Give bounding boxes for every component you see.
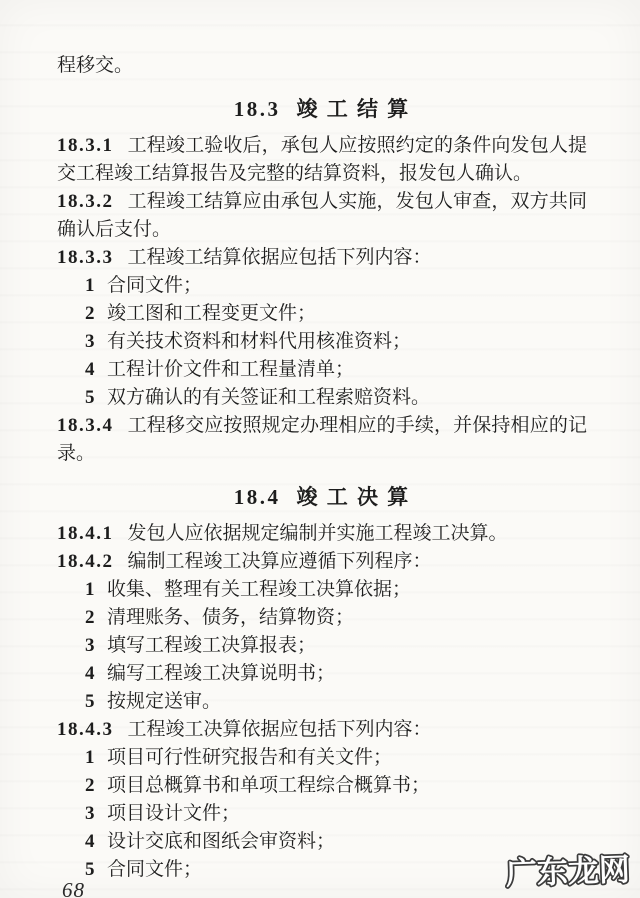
item-text: 设计交底和图纸会审资料； (107, 831, 335, 852)
item-number: 2 (85, 772, 107, 800)
clause-text: 工程竣工结算依据应包括下列内容： (128, 247, 432, 268)
section-number: 18.4 (234, 485, 281, 509)
section-heading-18-3: 18.3竣 工 结 算 (57, 94, 587, 124)
document-page: 程移交。 18.3竣 工 结 算 18.3.1工程竣工验收后，承包人应按照约定的… (0, 0, 640, 898)
item-number: 4 (85, 828, 107, 856)
page-content: 程移交。 18.3竣 工 结 算 18.3.1工程竣工验收后，承包人应按照约定的… (57, 52, 587, 884)
clause-18-3-3: 18.3.3工程竣工结算依据应包括下列内容： (57, 244, 587, 272)
item-number: 1 (85, 744, 107, 772)
continuation-line: 程移交。 (57, 52, 587, 80)
item-number: 1 (85, 272, 107, 300)
clause-text: 编制工程竣工决算应遵循下列程序： (128, 551, 432, 572)
section-title: 竣 工 结 算 (297, 97, 411, 121)
item-text: 项目设计文件； (107, 803, 240, 824)
clause-number: 18.4.3 (57, 719, 114, 740)
list-item: 1收集、整理有关工程竣工决算依据； (57, 576, 587, 604)
item-number: 4 (85, 660, 107, 688)
list-item: 3项目设计文件； (57, 800, 587, 828)
item-text: 合同文件； (107, 275, 202, 296)
watermark-text: 广东龙网 (505, 852, 630, 891)
list-item: 3填写工程竣工决算报表； (57, 632, 587, 660)
item-text: 项目可行性研究报告和有关文件； (107, 747, 392, 768)
item-text: 竣工图和工程变更文件； (107, 303, 316, 324)
list-item: 2竣工图和工程变更文件； (57, 300, 587, 328)
item-text: 清理账务、债务，结算物资； (107, 607, 354, 628)
item-number: 4 (85, 356, 107, 384)
watermark-graphic: 广东龙网 (497, 844, 639, 898)
clause-number: 18.4.1 (57, 523, 114, 544)
page-number: 68 (62, 878, 85, 898)
watermark: 广东龙网 (497, 844, 639, 898)
item-number: 5 (85, 384, 107, 412)
clause-text: 发包人应依据规定编制并实施工程竣工决算。 (128, 523, 508, 544)
list-item: 1合同文件； (57, 272, 587, 300)
item-number: 5 (85, 688, 107, 716)
item-number: 3 (85, 632, 107, 660)
list-item: 4编写工程竣工决算说明书； (57, 660, 587, 688)
section-title: 竣 工 决 算 (297, 485, 411, 509)
list-item: 5按规定送审。 (57, 688, 587, 716)
clause-18-4-3: 18.4.3工程竣工决算依据应包括下列内容： (57, 716, 587, 744)
clause-18-3-1: 18.3.1工程竣工验收后，承包人应按照约定的条件向发包人提交工程竣工结算报告及… (57, 132, 587, 188)
list-item: 4工程计价文件和工程量清单； (57, 356, 587, 384)
item-number: 2 (85, 604, 107, 632)
clause-number: 18.3.4 (57, 415, 114, 436)
list-item: 2清理账务、债务，结算物资； (57, 604, 587, 632)
clause-text: 工程移交应按照规定办理相应的手续，并保持相应的记录。 (57, 415, 587, 464)
list-item: 1项目可行性研究报告和有关文件； (57, 744, 587, 772)
list-item: 3有关技术资料和材料代用核准资料； (57, 328, 587, 356)
item-number: 3 (85, 800, 107, 828)
clause-text: 工程竣工验收后，承包人应按照约定的条件向发包人提交工程竣工结算报告及完整的结算资… (57, 135, 587, 184)
clause-18-4-2: 18.4.2编制工程竣工决算应遵循下列程序： (57, 548, 587, 576)
list-item: 5双方确认的有关签证和工程索赔资料。 (57, 384, 587, 412)
item-number: 2 (85, 300, 107, 328)
clause-text: 工程竣工决算依据应包括下列内容： (128, 719, 432, 740)
clause-number: 18.4.2 (57, 551, 114, 572)
section-number: 18.3 (234, 97, 281, 121)
item-text: 编写工程竣工决算说明书； (107, 663, 335, 684)
clause-text: 工程竣工结算应由承包人实施，发包人审查，双方共同确认后支付。 (57, 191, 587, 240)
item-text: 填写工程竣工决算报表； (107, 635, 316, 656)
item-text: 收集、整理有关工程竣工决算依据； (107, 579, 411, 600)
clause-18-3-2: 18.3.2工程竣工结算应由承包人实施，发包人审查，双方共同确认后支付。 (57, 188, 587, 244)
item-number: 5 (85, 856, 107, 884)
list-item: 2项目总概算书和单项工程综合概算书； (57, 772, 587, 800)
item-text: 双方确认的有关签证和工程索赔资料。 (107, 387, 430, 408)
item-text: 工程计价文件和工程量清单； (107, 359, 354, 380)
item-text: 有关技术资料和材料代用核准资料； (107, 331, 411, 352)
item-text: 按规定送审。 (107, 691, 221, 712)
clause-number: 18.3.3 (57, 247, 114, 268)
clause-18-3-4: 18.3.4工程移交应按照规定办理相应的手续，并保持相应的记录。 (57, 412, 587, 468)
clause-number: 18.3.1 (57, 135, 114, 156)
clause-18-4-1: 18.4.1发包人应依据规定编制并实施工程竣工决算。 (57, 520, 587, 548)
item-text: 合同文件； (107, 859, 202, 880)
item-number: 1 (85, 576, 107, 604)
item-text: 项目总概算书和单项工程综合概算书； (107, 775, 430, 796)
clause-number: 18.3.2 (57, 191, 114, 212)
section-heading-18-4: 18.4竣 工 决 算 (57, 482, 587, 512)
item-number: 3 (85, 328, 107, 356)
